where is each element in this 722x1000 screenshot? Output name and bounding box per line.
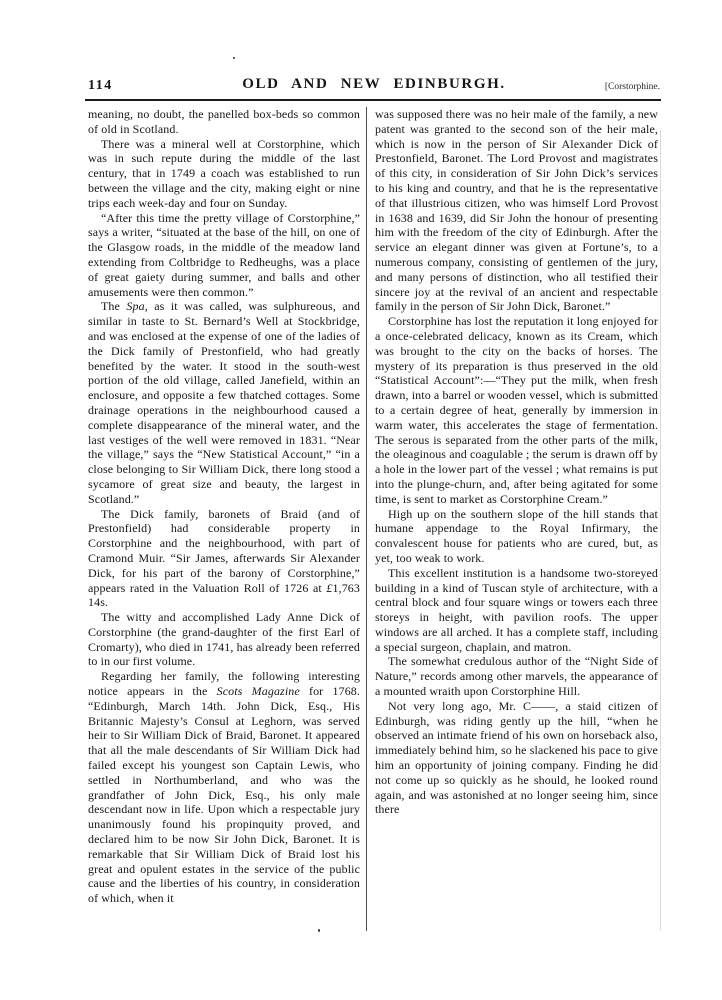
paragraph: Regarding her family, the following inte…	[88, 669, 360, 906]
text-columns: meaning, no doubt, the panelled box-beds…	[88, 107, 658, 939]
paragraph: This excellent institution is a handsome…	[375, 566, 658, 655]
paragraph: The Dick family, baronets of Braid (and …	[88, 507, 360, 611]
scan-speck	[233, 57, 235, 59]
paragraph: The witty and accomplished Lady Anne Dic…	[88, 610, 360, 669]
paragraph: High up on the southern slope of the hil…	[375, 507, 658, 566]
italic-text: Spa	[126, 299, 144, 313]
paragraph: “After this time the pretty village of C…	[88, 211, 360, 300]
italic-text: £	[326, 581, 332, 595]
header-rule	[85, 99, 661, 101]
paragraph: Corstorphine has lost the reputation it …	[375, 314, 658, 506]
paragraph: meaning, no doubt, the panelled box-beds…	[88, 107, 360, 137]
paragraph: Not very long ago, Mr. C——, a staid citi…	[375, 699, 658, 817]
paragraph: There was a mineral well at Corstorphine…	[88, 137, 360, 211]
book-page: 114 OLD AND NEW EDINBURGH. [Corstorphine…	[0, 0, 722, 1000]
paragraph: The Spa, as it was called, was sulphureo…	[88, 299, 360, 506]
section-note: [Corstorphine.	[605, 82, 660, 92]
page-header: 114 OLD AND NEW EDINBURGH. [Corstorphine…	[88, 76, 660, 96]
italic-text: Scots Magazine	[217, 684, 300, 698]
paragraph: was supposed there was no heir male of t…	[375, 107, 658, 314]
right-column: was supposed there was no heir male of t…	[375, 107, 658, 939]
page-edge-artifact	[660, 130, 661, 930]
running-title: OLD AND NEW EDINBURGH.	[88, 76, 660, 93]
left-column: meaning, no doubt, the panelled box-beds…	[88, 107, 360, 939]
column-divider	[366, 107, 367, 931]
paragraph: The somewhat credulous author of the “Ni…	[375, 654, 658, 698]
